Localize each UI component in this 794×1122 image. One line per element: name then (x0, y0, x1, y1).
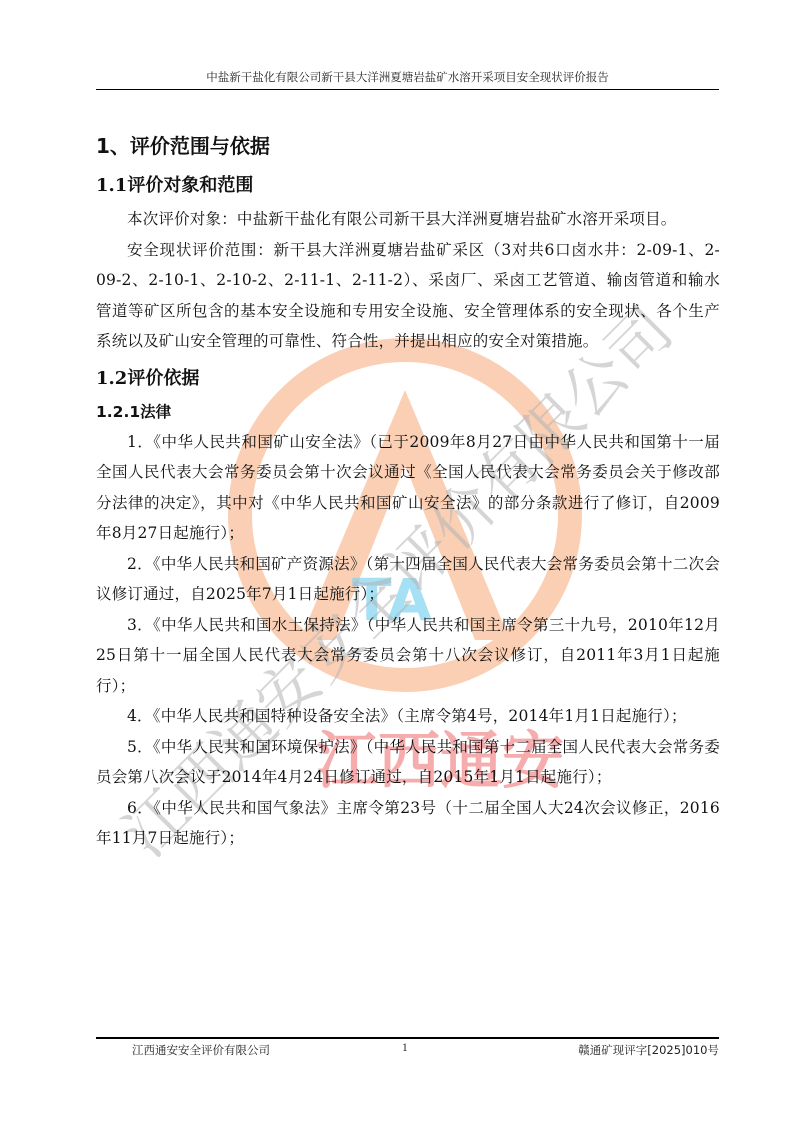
document-number: 赣通矿现评字[2025]010号 (578, 1042, 719, 1058)
paragraph-evaluation-object: 本次评价对象：中盐新干盐化有限公司新干县大洋洲夏塘岩盐矿水溶开采项目。 (96, 204, 720, 235)
page-number: 1 (402, 1042, 408, 1054)
page-footer: 江西通安安全评价有限公司 1 赣通矿现评字[2025]010号 (96, 1042, 719, 1058)
running-header: 中盐新干盐化有限公司新干县大洋洲夏塘岩盐矿水溶开采项目安全现状评价报告 (96, 69, 719, 85)
section-heading-1-2-1: 1.2.1法律 (96, 397, 720, 427)
section-heading-1-2: 1.2评价依据 (96, 357, 720, 397)
law-item-4: 4．《中华人民共和国特种设备安全法》（主席令第4号，2014年1月1日起施行）； (96, 701, 720, 732)
document-page: 中盐新干盐化有限公司新干县大洋洲夏塘岩盐矿水溶开采项目安全现状评价报告 TA 江… (0, 0, 794, 1122)
footer-divider (96, 1037, 719, 1039)
law-item-5: 5．《中华人民共和国环境保护法》（中华人民共和国第十二届全国人民代表大会常务委员… (96, 732, 720, 793)
paragraph-evaluation-scope: 安全现状评价范围：新干县大洋洲夏塘岩盐矿采区（3对共6口卤水井：2-09-1、2… (96, 235, 720, 357)
footer-company: 江西通安安全评价有限公司 (132, 1042, 270, 1058)
law-item-2: 2．《中华人民共和国矿产资源法》（第十四届全国人民代表大会常务委员会第十二次会议… (96, 549, 720, 610)
law-item-3: 3．《中华人民共和国水土保持法》（中华人民共和国主席令第三十九号，2010年12… (96, 610, 720, 702)
law-item-6: 6．《中华人民共和国气象法》主席令第23号（十二届全国人大24次会议修正，201… (96, 793, 720, 854)
header-divider (96, 89, 719, 90)
section-heading-1-1: 1.1评价对象和范围 (96, 164, 720, 204)
section-heading-1: 1、评价范围与依据 (96, 128, 720, 164)
document-body: 1、评价范围与依据 1.1评价对象和范围 本次评价对象：中盐新干盐化有限公司新干… (96, 128, 720, 854)
law-item-1: 1．《中华人民共和国矿山安全法》（已于2009年8月27日由中华人民共和国第十一… (96, 427, 720, 549)
